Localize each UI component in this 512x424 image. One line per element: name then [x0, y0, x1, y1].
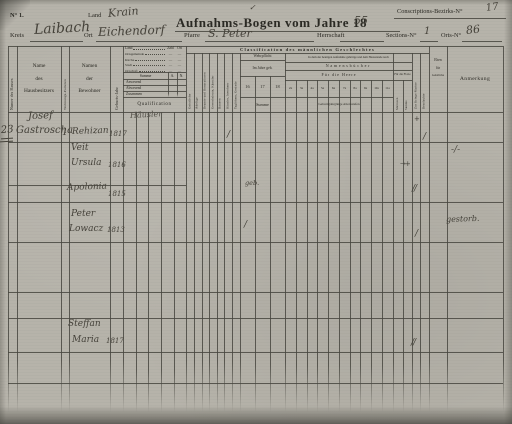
resident-name-handwriting: Veit: [71, 144, 89, 153]
land-value-handwriting: Krain: [108, 5, 139, 19]
sections-value-handwriting: 1: [424, 27, 430, 37]
form-title: Aufnahms-Bogen vom Jahre 18: [176, 16, 367, 29]
resident-name-handwriting: Ursula: [71, 159, 102, 168]
class-col-rotated: Geistliche: [187, 56, 194, 109]
pfarre-value-handwriting: S. Peter: [208, 28, 252, 39]
grid-line: [8, 242, 503, 243]
column-birth-year: Geburts-Jahr: [111, 48, 123, 110]
legend-mini-row: Anwesend: [126, 81, 141, 85]
wehrpflicht-sub: Im Jahre geb.: [243, 60, 282, 76]
grid-line: [328, 80, 329, 412]
sections-label: Sections-N°: [386, 33, 417, 39]
legend-dash: —: [175, 53, 184, 56]
grid-line: [429, 46, 430, 412]
grid-line: [136, 112, 137, 412]
tally-mark: →+: [400, 161, 410, 168]
scan-shadow-left: [0, 0, 6, 424]
column-house-number: Numer des Hauses: [9, 48, 17, 110]
grid-line: [96, 41, 182, 42]
resident-name-handwriting: Peter: [71, 210, 95, 219]
grid-line: [371, 80, 372, 412]
legend-mini-col-n: N.: [177, 73, 186, 79]
grid-line: [462, 41, 502, 42]
house-number-handwriting: 23: [1, 125, 15, 136]
kreis-value-handwriting: Laibach: [34, 20, 91, 37]
wehrpflicht-year: 16: [240, 76, 255, 97]
orts-label: Orts-N°: [441, 33, 461, 39]
tally-mark: /: [227, 131, 230, 140]
wehrpflicht-year: 17: [255, 76, 270, 97]
heere-col: 11a: [382, 80, 393, 97]
scanned-census-form: N° 1. Land Krain ✓ Aufnahms-Bogen vom Ja…: [0, 0, 512, 424]
heere-footer: Geburtsjahrgänge Altersstufen: [285, 98, 393, 111]
tally-mark: //: [412, 185, 416, 194]
ehen-line3: Geistliche: [429, 72, 447, 80]
flotte-col-rotated: Matrosen: [394, 81, 401, 110]
class-col-rotated: Beamte und Honoratioren: [202, 56, 209, 109]
pfarre-label: Pfarre: [184, 33, 200, 40]
legend-head-land: Land: [125, 47, 132, 51]
legend-dash: —: [166, 59, 175, 62]
resident-name-handwriting: Lowacz: [69, 225, 103, 234]
note-handwriting: geb.: [245, 180, 259, 187]
grid-line: [360, 80, 361, 412]
column-anmerkung: Anmerkung: [447, 46, 503, 112]
legend-dash: —: [166, 64, 175, 67]
legend-mini-row: Abwesend: [126, 87, 141, 91]
ehen-line1: Ehen: [429, 56, 447, 64]
grid-line: [339, 80, 340, 412]
resident-year-handwriting: 1815: [108, 191, 126, 198]
right-col-rotated: Zur Kriegs-Marine: [413, 56, 420, 109]
herrschaft-label: Herrschaft: [317, 33, 344, 40]
grid-line: [307, 80, 308, 412]
heere-col: 10a: [371, 80, 382, 97]
heere-col: 9a: [360, 80, 371, 97]
tally-mark: //: [411, 339, 415, 348]
heere-col: 3a: [296, 80, 307, 97]
legend-row: Stadt: [125, 64, 132, 67]
owner-first-name-handwriting: Josef: [28, 111, 53, 122]
legend-mini-row: Zusammen: [126, 93, 142, 97]
class-col-rotated: Taglöhner, Gesinde: [233, 56, 240, 109]
class-col-rotated: Häusler, Inwohner: [225, 56, 232, 109]
legend-mini-col-a: A.: [168, 73, 177, 79]
check-mark: ✓: [249, 4, 256, 12]
resident-name-handwriting: Rehizan: [72, 127, 109, 137]
title-year-handwriting: 55: [354, 15, 368, 26]
grid-line: [161, 112, 162, 412]
legend-head-zahl: Zahl: [166, 47, 175, 51]
grid-line: [205, 41, 314, 42]
scan-shadow-top: [0, 0, 512, 5]
legend-mini-head: Summe: [123, 73, 168, 79]
flotte-col-rotated: Summe: [403, 81, 410, 110]
heere-col: 7a: [339, 80, 350, 97]
column-residents-line1: Namen: [82, 63, 98, 69]
wehrpflicht-title: Wehrpflicht: [240, 53, 285, 60]
kreis-label: Kreis: [10, 33, 24, 40]
grid-line: [255, 76, 256, 412]
grid-line: [8, 292, 503, 293]
grid-line: [8, 202, 503, 203]
wehrpflicht-summe: Summe: [240, 97, 285, 112]
grid-line: [420, 41, 438, 42]
remark-handwriting: gestorb.: [446, 215, 480, 224]
heere-col: 6a: [328, 80, 339, 97]
column-residents-line2: der: [86, 76, 93, 82]
grid-line: [30, 41, 83, 42]
grid-line: [403, 80, 404, 412]
grid-line: [340, 41, 384, 42]
tally-mark: /: [244, 221, 247, 230]
scan-shadow-bottom: [0, 406, 512, 424]
scan-shadow-right: [504, 0, 512, 424]
legend-head-ort: Ort: [175, 47, 184, 51]
class-col-rotated: Gewerbsleute, Künstler: [210, 56, 217, 109]
grid-line: [382, 80, 383, 412]
legend-row: Ortsgemeinde: [125, 53, 144, 56]
underline-stroke: [1, 138, 13, 140]
tally-mark: /: [415, 230, 418, 239]
form-number: N° 1.: [10, 13, 24, 20]
grid-line: [296, 80, 297, 412]
wehrpflicht-year: 18: [270, 76, 285, 97]
resident-year-handwriting: 1813: [107, 227, 125, 234]
legend-dash: —: [175, 64, 184, 67]
qualification-handwriting: Häusler: [130, 110, 162, 120]
tally-mark: +: [414, 116, 420, 123]
grid-line: [270, 76, 271, 412]
orts-value-handwriting: 86: [465, 24, 480, 36]
resident-year-handwriting: 1817: [109, 131, 127, 138]
heere-col: 8a: [350, 80, 360, 97]
grid-line: [8, 383, 503, 384]
legend-row: Kirche: [125, 59, 134, 62]
grid-line: [8, 112, 503, 113]
column-owner-line1: Name: [33, 63, 46, 69]
legend-dash: —: [166, 53, 175, 56]
grid-line: [394, 18, 506, 19]
grid-line: [174, 112, 175, 412]
column-dwelling-party: Wohnungs-Parteien: [62, 48, 69, 110]
heere-col: 2a: [285, 80, 296, 97]
resident-year-handwriting: 1817: [106, 338, 124, 345]
class-col-rotated: Bauern: [217, 56, 224, 109]
conscription-value-handwriting: 17: [485, 2, 499, 14]
flotte-label: Für die Flotte: [393, 70, 412, 80]
right-col-rotated: Beurlaubte: [421, 56, 428, 109]
grid-line: [148, 112, 149, 412]
grid-line: [503, 46, 504, 412]
legend-dash: —: [175, 59, 184, 62]
resident-year-handwriting: 1816: [108, 162, 126, 169]
heere-col: 4a: [307, 80, 317, 97]
resident-name-handwriting: Steffan: [68, 320, 101, 329]
column-owner-line2: des: [35, 76, 42, 82]
grid-line: [8, 352, 503, 353]
land-label: Land: [88, 13, 101, 20]
tally-mark: /: [423, 133, 426, 142]
grid-line: [350, 80, 351, 412]
abwesende-note: In dem der heutigen Aufnahme gehörige un…: [287, 53, 410, 62]
abwesende-heading: Namensbücher: [285, 62, 412, 70]
column-owner-line3: Hausbesitzers: [24, 88, 54, 94]
party-number-handwriting: 1: [62, 129, 68, 138]
resident-name-handwriting: Apolonia: [67, 183, 107, 193]
ehen-line2: für: [429, 64, 447, 72]
grid-line: [317, 80, 318, 412]
ort-value-handwriting: Eichendorf: [98, 24, 165, 38]
heere-col: 5a: [317, 80, 328, 97]
column-residents-line3: Bewohner: [78, 88, 100, 94]
conscription-label: Conscriptions-Bezirks-N°: [397, 9, 462, 15]
class-col-rotated: Adelige: [194, 56, 201, 109]
resident-name-handwriting: Maria: [72, 336, 99, 345]
heere-label: Für die Heere: [285, 70, 393, 80]
remark-handwriting: -/-: [451, 146, 460, 155]
